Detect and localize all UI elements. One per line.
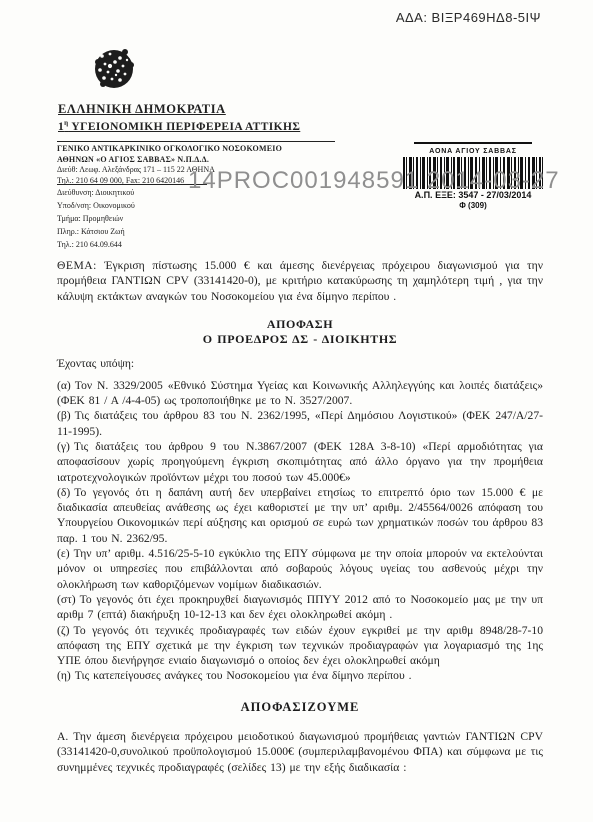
item-label: (ζ) bbox=[57, 624, 70, 637]
preamble: Έχοντας υπόψη: bbox=[57, 356, 543, 371]
item-label: (ε) bbox=[57, 547, 70, 560]
document-body: ΘΕΜΑ: Έγκριση πίστωσης 15.000 € και άμεσ… bbox=[57, 258, 543, 775]
consideration-item: (β)Τις διατάξεις του άρθρου 83 του Ν. 23… bbox=[57, 408, 543, 439]
item-text: Το γεγονός ότι η δαπάνη αυτή δεν υπερβαί… bbox=[57, 486, 543, 545]
proc-registry-watermark: 14PROC001948591 2014-03-27 bbox=[188, 167, 560, 195]
consideration-item: (ζ)Το γεγονός ότι τεχνικές προδιαγραφές … bbox=[57, 623, 543, 669]
item-text: Τις διατάξεις του άρθρου 9 του Ν.3867/20… bbox=[57, 440, 543, 484]
resolution-paragraph: Α. Την άμεση διενέργεια πρόχειρου μειοδο… bbox=[57, 729, 543, 775]
department-subdirection: Υποδ/νση: Οικονομικού bbox=[57, 201, 207, 211]
item-text: Τις κατεπείγουσες ανάγκες του Νοσοκομείο… bbox=[75, 669, 412, 682]
subject-label: ΘΕΜΑ: bbox=[57, 259, 97, 272]
department-section: Τμήμα: Προμηθειών bbox=[57, 214, 207, 224]
consideration-item: (η)Τις κατεπείγουσες ανάγκες του Νοσοκομ… bbox=[57, 668, 543, 683]
consideration-item: (γ)Τις διατάξεις του άρθρου 9 του Ν.3867… bbox=[57, 439, 543, 485]
hospital-name-line2: ΑΘΗΝΩΝ «Ο ΑΓΙΟΣ ΣΑΒΒΑΣ» Ν.Π.Δ.Δ. bbox=[57, 155, 335, 166]
item-label: (στ) bbox=[57, 593, 76, 606]
file-reference: Φ (309) bbox=[398, 201, 548, 210]
item-label: (γ) bbox=[57, 440, 70, 453]
consideration-item: (δ)Το γεγονός ότι η δαπάνη αυτή δεν υπερ… bbox=[57, 485, 543, 546]
item-label: (η) bbox=[57, 669, 71, 682]
consideration-item: (στ)Το γεγονός ότι έχει προκηρυχθεί διαγ… bbox=[57, 592, 543, 623]
hospital-name-line1: ΓΕΝΙΚΟ ΑΝΤΙΚΑΡΚΙΝΙΚΟ ΟΓΚΟΛΟΓΙΚΟ ΝΟΣΟΚΟΜΕ… bbox=[57, 144, 335, 155]
ada-code: ΑΔΑ: ΒΙΞΡ469ΗΔ8-5ΙΨ bbox=[396, 10, 541, 25]
national-emblem-icon bbox=[90, 46, 138, 94]
decision-heading: ΑΠΟΦΑΣΗ bbox=[57, 317, 543, 332]
department-contact: Πληρ.: Κάτσιου Ζωή bbox=[57, 227, 207, 237]
item-label: (β) bbox=[57, 409, 71, 422]
department-block: Διεύθυνση: Διοικητικού Υποδ/νση: Οικονομ… bbox=[57, 184, 207, 253]
republic-title: ΕΛΛΗΝΙΚΗ ΔΗΜΟΚΡΑΤΙΑ bbox=[58, 102, 300, 117]
item-text: Τον Ν. 3329/2005 «Εθνικό Σύστημα Υγείας … bbox=[57, 379, 543, 407]
department-phone: Τηλ.: 210 64.09.644 bbox=[57, 240, 207, 250]
considerations-list: (α)Τον Ν. 3329/2005 «Εθνικό Σύστημα Υγεί… bbox=[57, 378, 543, 684]
region-title: 1η ΥΓΕΙΟΝΟΜΙΚΗ ΠΕΡΙΦΕΡΕΙΑ ΑΤΤΙΚΗΣ bbox=[58, 119, 300, 133]
item-text: Το γεγονός ότι έχει προκηρυχθεί διαγωνισ… bbox=[57, 593, 543, 621]
item-text: Την υπ’ αριθμ. 4.516/25-5-10 εγκύκλιο τη… bbox=[57, 547, 543, 591]
department-direction: Διεύθυνση: Διοικητικού bbox=[57, 188, 207, 198]
stamp-divider bbox=[414, 142, 532, 144]
scanned-document-page: ΑΔΑ: ΒΙΞΡ469ΗΔ8-5ΙΨ ΕΛΛΗΝΙΚΗ bbox=[0, 0, 593, 822]
item-text: Το γεγονός ότι τεχνικές προδιαγραφές των… bbox=[57, 624, 543, 668]
header-titles: ΕΛΛΗΝΙΚΗ ΔΗΜΟΚΡΑΤΙΑ 1η ΥΓΕΙΟΝΟΜΙΚΗ ΠΕΡΙΦ… bbox=[58, 102, 300, 133]
consideration-item: (α)Τον Ν. 3329/2005 «Εθνικό Σύστημα Υγεί… bbox=[57, 378, 543, 409]
region-name: ΥΓΕΙΟΝΟΜΙΚΗ ΠΕΡΙΦΕΡΕΙΑ ΑΤΤΙΚΗΣ bbox=[69, 121, 301, 133]
stamp-title: ΑΟΝΑ ΑΓΙΟΥ ΣΑΒΒΑΣ bbox=[398, 148, 548, 155]
resolution-heading: ΑΠΟΦΑΣΙΖΟΥΜΕ bbox=[57, 700, 543, 715]
item-label: (δ) bbox=[57, 486, 70, 499]
subject-paragraph: ΘΕΜΑ: Έγκριση πίστωσης 15.000 € και άμεσ… bbox=[57, 258, 543, 304]
item-label: (α) bbox=[57, 379, 71, 392]
decision-authority-heading: Ο ΠΡΟΕΔΡΟΣ ΔΣ - ΔΙΟΙΚΗΤΗΣ bbox=[57, 332, 543, 347]
consideration-item: (ε)Την υπ’ αριθμ. 4.516/25-5-10 εγκύκλιο… bbox=[57, 546, 543, 592]
item-text: Τις διατάξεις του άρθρου 83 του Ν. 2362/… bbox=[57, 409, 543, 437]
subject-text: Έγκριση πίστωσης 15.000 € και άμεσης διε… bbox=[57, 259, 543, 303]
